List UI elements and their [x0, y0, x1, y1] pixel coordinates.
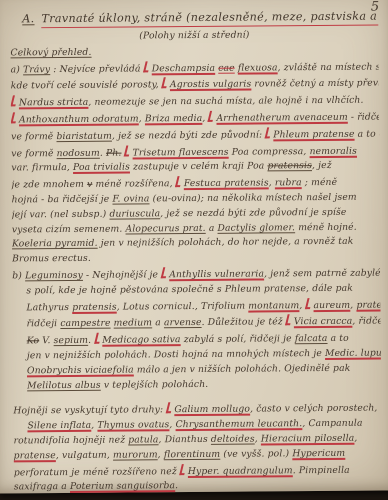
ink-underlined-word: arvense — [164, 317, 202, 328]
ink-underlined-word: Dactylis glomer. — [217, 222, 295, 234]
text-run: zabylá s polí, řidčeji je — [181, 333, 295, 345]
ink-underlined-word: F. ovina — [112, 193, 149, 204]
text-run: rotundifolia hojněji než — [14, 434, 129, 446]
text-run: je zde mnohem — [11, 179, 87, 191]
red-insertion-mark — [265, 127, 273, 138]
red-insertion-mark — [175, 176, 183, 187]
text-run: její var. (nel subsp.) — [12, 208, 110, 220]
text-run: , Campanula — [302, 418, 362, 429]
struck-word: Ko — [27, 335, 40, 346]
red-insertion-mark — [11, 96, 18, 107]
ink-underlined-word: florentinum — [164, 449, 221, 460]
text-run: , Lotus cornicul., Trifolium — [117, 300, 249, 312]
text-run: . — [175, 480, 178, 491]
ink-underlined-word: duriuscula — [109, 208, 160, 219]
text-run: , zvláště na místech sušších, — [278, 61, 379, 73]
ink-underlined-word: Alopecurus prat. — [125, 222, 205, 234]
subtitle: (Polohy nižší a střední) — [139, 30, 249, 42]
manuscript-line: Koeleria pyramid. jen v nejnižších poloh… — [12, 235, 380, 253]
species-name-red-underlined: Agrostis vulgaris — [170, 79, 252, 91]
text-run: ve formě — [11, 131, 56, 142]
species-name-red-underlined: Poa trivialis — [73, 162, 130, 173]
species-name-red-underlined: Hyper. quadrangulum — [188, 465, 293, 477]
species-name-red-underlined: Briza media — [145, 113, 203, 124]
species-name-red-underlined: Medic. lupulina — [325, 347, 381, 359]
manuscript-line: (Polohy nižší a střední) — [10, 28, 378, 46]
manuscript-page: 5 A.Travnaté úklony, stráně (nezalesněné… — [0, 0, 388, 494]
text-run: V. — [39, 335, 53, 346]
ink-underlined-word: falcata — [295, 333, 328, 344]
ink-underlined-word: Koeleria pyramid. — [12, 238, 98, 250]
text-run: , jež — [312, 160, 332, 171]
text-run: Hojněji se vyskytují tyto druhy: — [13, 405, 166, 417]
text-run: a to častěji — [354, 128, 379, 139]
manuscript-line: Onobrychis viciaefolia málo a jen v nižš… — [13, 361, 381, 379]
text-run: , vulgatum, — [56, 449, 113, 460]
red-insertion-mark — [143, 61, 151, 72]
text-run: méně hojné. — [295, 221, 357, 232]
species-name-red-underlined: Deschampsia — [152, 62, 216, 73]
species-name-red-underlined: pratensis — [72, 301, 117, 312]
text-run: řidčeji — [27, 318, 61, 329]
red-insertion-mark — [208, 111, 216, 122]
ink-underlined-word: murorum — [113, 449, 158, 460]
text-run: zastupuje v celém kraji Poa — [130, 161, 268, 173]
list-marker: a) — [11, 64, 24, 75]
text-run: , — [354, 433, 357, 444]
text-run: : Nejvíce převládá — [50, 63, 144, 75]
red-insertion-mark — [285, 315, 293, 326]
species-name-red-underlined: Anthyllis vulneraria — [169, 268, 264, 280]
section-letter: A. — [22, 12, 34, 25]
text-run: , řidčeji: — [352, 316, 380, 327]
text-run: - Nejhojnější je — [83, 269, 161, 281]
struck-word: cae — [218, 62, 235, 73]
ink-underlined-word: deltoides — [211, 433, 255, 444]
text-run: , jenž sem patrně zabylé — [264, 267, 380, 279]
species-name-red-underlined: Hypericum — [292, 448, 345, 459]
species-name-red-underlined: pratense — [14, 450, 56, 461]
text-run: jen v nejnižších polohách. Dosti hojná n… — [27, 348, 325, 361]
species-name-red-underlined: Anthoxanthum odoratum — [19, 113, 139, 125]
text-run: kde tvoří celé souvislé porosty, — [11, 80, 162, 92]
text-run: ve formě — [11, 148, 56, 159]
text-run: Lathyrus — [26, 302, 72, 313]
text-run: var. firmula, — [11, 162, 73, 173]
species-name-red-underlined: montanum — [248, 300, 299, 311]
species-name-red-underlined: Festuca pratensis — [184, 178, 269, 190]
ink-underlined-word: sepium — [54, 335, 89, 346]
red-insertion-mark — [179, 464, 187, 475]
species-name-red-underlined: Medicago sativa — [102, 334, 180, 346]
species-name-red-underlined: Thymus ovatus — [97, 419, 169, 431]
manuscript-scan: 5 A.Travnaté úklony, stráně (nezalesněné… — [0, 0, 388, 500]
ink-underlined-word: Melilotus albus — [27, 379, 101, 391]
text-run: málo a jen v nižších polohách. Ojedinělé… — [134, 363, 351, 376]
species-name-red-underlined: Hieracium pilosella — [261, 433, 355, 445]
text-run: , jež se nezdá býti zde původní je spíše — [160, 207, 346, 219]
manuscript-text: A.Travnaté úklony, stráně (nezalesněné, … — [0, 0, 388, 496]
text-run: s polí, kde je hojně pěstována společně … — [26, 283, 353, 297]
text-run: rovněž četný a místy převládající — [251, 78, 379, 90]
manuscript-line: perforatum je méně rozšířeno než Hyper. … — [14, 461, 382, 481]
text-run: . Důležitou je též — [202, 317, 286, 329]
page-number: 5 — [371, 0, 379, 15]
species-name-red-underlined: flexuosa — [238, 62, 278, 73]
ink-underlined-word: patula — [128, 434, 158, 445]
ink-underlined-word: Leguminosy — [25, 270, 83, 281]
section-heading: Celkový přehled. — [10, 47, 91, 59]
red-insertion-mark — [124, 145, 132, 156]
struck-word: pratensis — [267, 160, 312, 171]
text-run: Poa compressa, — [229, 146, 310, 158]
ink-underlined-word: medium — [114, 318, 153, 329]
text-run: . Pimpinella — [293, 464, 350, 475]
text-run: Bromus erectus. — [12, 253, 91, 265]
species-name-red-underlined: Galium mollugo — [174, 404, 250, 416]
text-run: . — [88, 335, 94, 346]
ink-underlined-word: Trávy — [23, 64, 50, 75]
text-run: a — [206, 222, 218, 233]
red-insertion-mark — [11, 112, 18, 123]
ink-underlined-word: biaristatum — [56, 130, 112, 141]
text-run: perforatum je méně rozšířeno než — [14, 466, 180, 478]
ink-underlined-word: nodosum — [57, 147, 100, 158]
species-name-red-underlined: Nardus stricta — [19, 97, 89, 109]
text-run: , neomezuje se jen na suchá místa, ale h… — [88, 95, 363, 108]
species-name-red-underlined: Trisetum flavescens — [133, 146, 229, 158]
text-run: vyseta cizím semenem. — [12, 223, 126, 235]
species-name-red-underlined: Vicia cracca — [294, 316, 353, 327]
text-run: (ve vyšš. pol.) — [220, 448, 292, 460]
species-name-red-underlined: Phleum pratense — [273, 129, 354, 141]
species-name-red-underlined: Arrhenatherum avenaceum — [216, 112, 347, 124]
text-run: (eu-ovina); na několika místech našel js… — [149, 192, 356, 205]
text-run: a to — [327, 333, 348, 344]
species-name-red-underlined: Silene inflata — [27, 420, 91, 432]
species-name-red-underlined: Chrysanthemum leucanth. — [176, 418, 303, 430]
text-run: saxifraga a — [14, 481, 70, 492]
struck-word: Ph. — [106, 147, 122, 158]
species-name-red-underlined: rubra — [275, 177, 302, 188]
text-run: hojná - ba řidčejší je — [12, 194, 113, 206]
ink-underlined-word: campestre — [60, 318, 110, 329]
manuscript-line: saxifraga a Poterium sanguisorba. — [14, 478, 382, 496]
species-name-red-underlined: Poterium sanguisorba — [70, 480, 175, 492]
species-name-red-underlined: pratense — [356, 299, 380, 310]
red-insertion-mark — [305, 298, 313, 309]
red-insertion-mark — [166, 402, 174, 413]
red-insertion-mark — [161, 78, 169, 89]
species-name-red-underlined: aureum — [313, 299, 350, 310]
red-insertion-mark — [161, 267, 169, 278]
text-run: a — [152, 318, 164, 329]
list-marker: b) — [12, 270, 25, 281]
manuscript-line: Melilotus albus v teplejších polohách. — [13, 376, 381, 394]
text-run: , často v celých porostech, — [250, 403, 377, 415]
text-run: jen v nejnižších polohách, do hor nejde,… — [98, 236, 354, 249]
text-run: v teplejších polohách. — [101, 378, 209, 390]
title-line: A.Travnaté úklony, stráně (nezalesněné, … — [10, 8, 378, 29]
species-name-red-underlined: nemoralis — [310, 145, 358, 156]
text-run: , jež se nezdá býti zde původní: — [112, 129, 265, 141]
page-title: Travnaté úklony, stráně (nezalesněné, me… — [41, 9, 378, 28]
species-name-red-underlined: Onobrychis viciaefolia — [27, 364, 134, 376]
text-run: , Dianthus — [158, 434, 210, 445]
text-run: méně rozšířena, — [92, 178, 175, 190]
red-insertion-mark — [94, 333, 102, 344]
text-run: ; méně — [302, 177, 338, 188]
text-run: - řidčeji — [348, 111, 379, 122]
